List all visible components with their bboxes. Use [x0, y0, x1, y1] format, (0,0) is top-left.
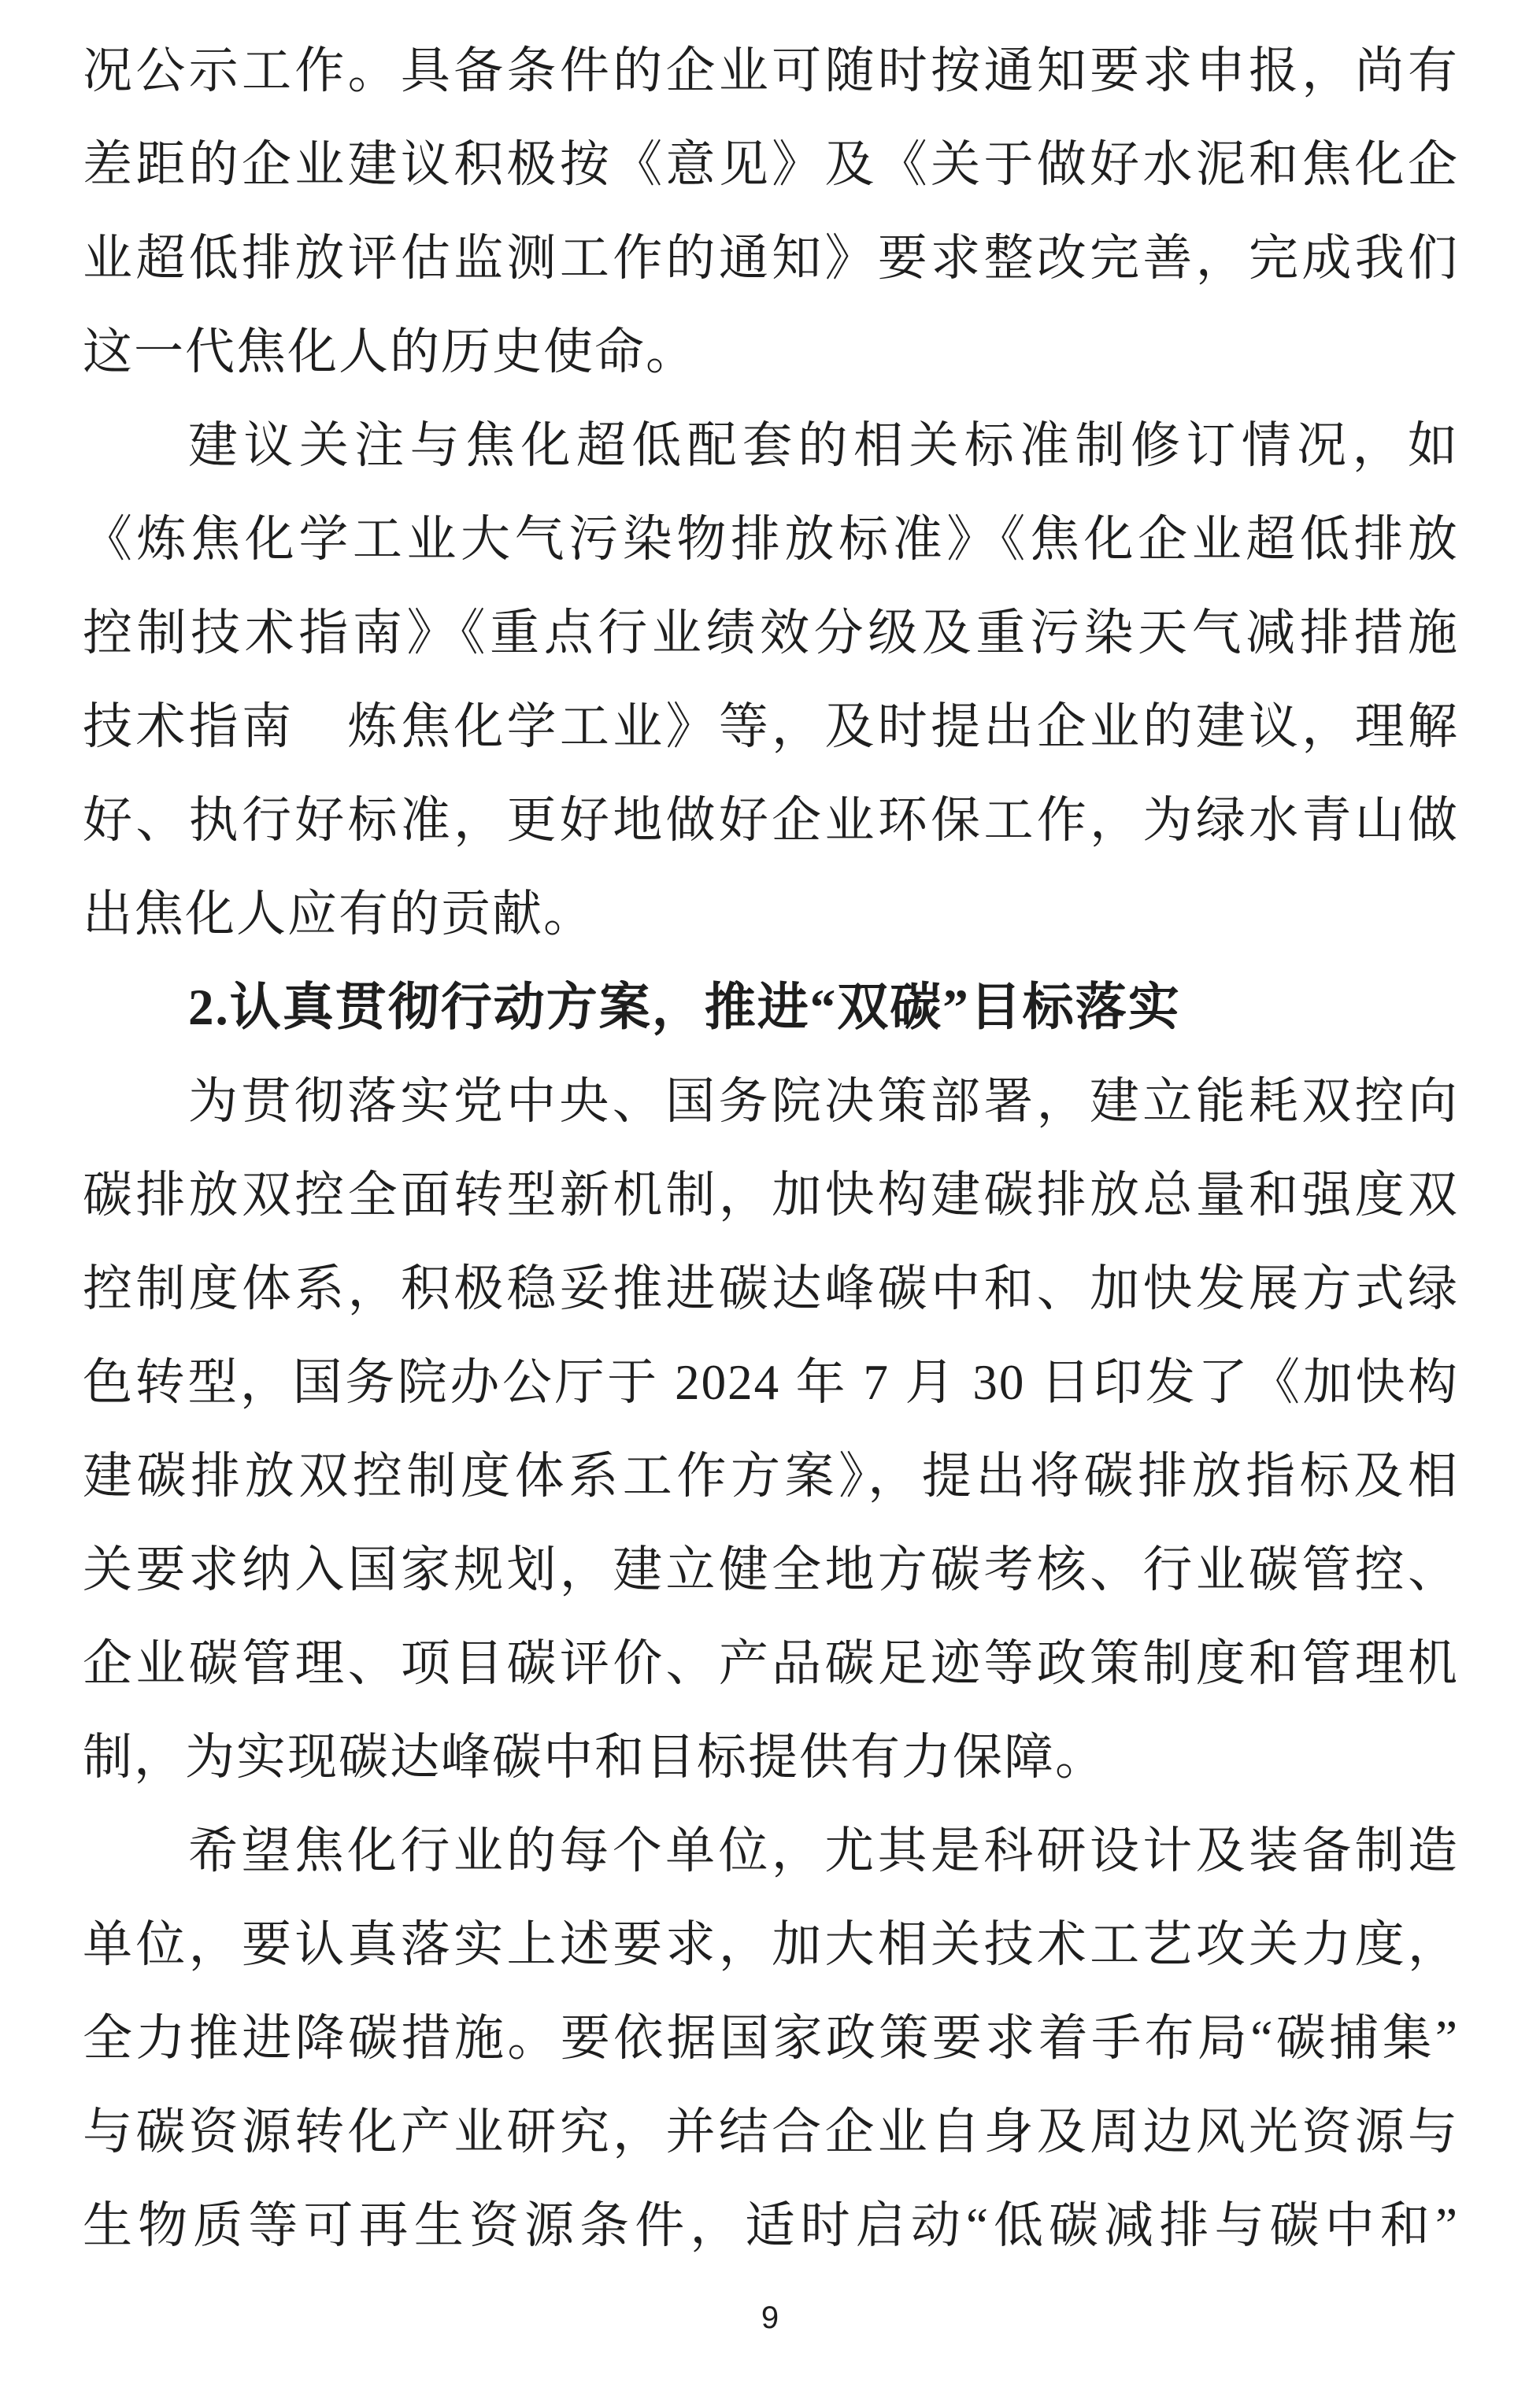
text-line: 生物质等可再生资源条件，适时启动“低碳减排与碳中和”	[83, 2179, 1459, 2273]
text-line: 单位，要认真落实上述要求，加大相关技术工艺攻关力度，	[83, 1898, 1459, 1992]
text-line: 建议关注与焦化超低配套的相关标准制修订情况，如	[83, 399, 1459, 493]
text-line: 《炼焦化学工业大气污染物排放标准》《焦化企业超低排放	[83, 493, 1459, 587]
document-page: 况公示工作。具备条件的企业可随时按通知要求申报，尚有差距的企业建议积极按《意见》…	[0, 0, 1540, 2391]
text-line: 这一代焦化人的历史使命。	[83, 305, 1459, 399]
text-line: 制，为实现碳达峰碳中和目标提供有力保障。	[83, 1711, 1459, 1804]
section-heading: 2.认真贯彻行动方案，推进“双碳”目标落实	[83, 961, 1459, 1055]
text-line: 与碳资源转化产业研究，并结合企业自身及周边风光资源与	[83, 2086, 1459, 2179]
text-line: 企业碳管理、项目碳评价、产品碳足迹等政策制度和管理机	[83, 1617, 1459, 1711]
text-line: 希望焦化行业的每个单位，尤其是科研设计及装备制造	[83, 1804, 1459, 1898]
document-body: 况公示工作。具备条件的企业可随时按通知要求申报，尚有差距的企业建议积极按《意见》…	[83, 24, 1459, 2273]
text-line: 关要求纳入国家规划，建立健全地方碳考核、行业碳管控、	[83, 1523, 1459, 1617]
text-line: 出焦化人应有的贡献。	[83, 868, 1459, 961]
text-line: 业超低排放评估监测工作的通知》要求整改完善，完成我们	[83, 212, 1459, 305]
text-line: 为贯彻落实党中央、国务院决策部署，建立能耗双控向	[83, 1055, 1459, 1149]
text-line: 好、执行好标准，更好地做好企业环保工作，为绿水青山做	[83, 774, 1459, 868]
text-line: 全力推进降碳措施。要依据国家政策要求着手布局“碳捕集”	[83, 1992, 1459, 2086]
text-line: 控制度体系，积极稳妥推进碳达峰碳中和、加快发展方式绿	[83, 1242, 1459, 1336]
page-number: 9	[761, 2300, 779, 2335]
text-line: 控制技术指南》《重点行业绩效分级及重污染天气减排措施	[83, 587, 1459, 680]
page-footer: 9	[0, 2300, 1540, 2335]
text-line: 技术指南 炼焦化学工业》等，及时提出企业的建议，理解	[83, 680, 1459, 774]
text-line: 况公示工作。具备条件的企业可随时按通知要求申报，尚有	[83, 24, 1459, 118]
text-line: 碳排放双控全面转型新机制，加快构建碳排放总量和强度双	[83, 1149, 1459, 1242]
text-line: 建碳排放双控制度体系工作方案》，提出将碳排放指标及相	[83, 1430, 1459, 1523]
text-line: 色转型，国务院办公厅于 2024 年 7 月 30 日印发了《加快构	[83, 1336, 1459, 1430]
text-line: 差距的企业建议积极按《意见》及《关于做好水泥和焦化企	[83, 118, 1459, 212]
